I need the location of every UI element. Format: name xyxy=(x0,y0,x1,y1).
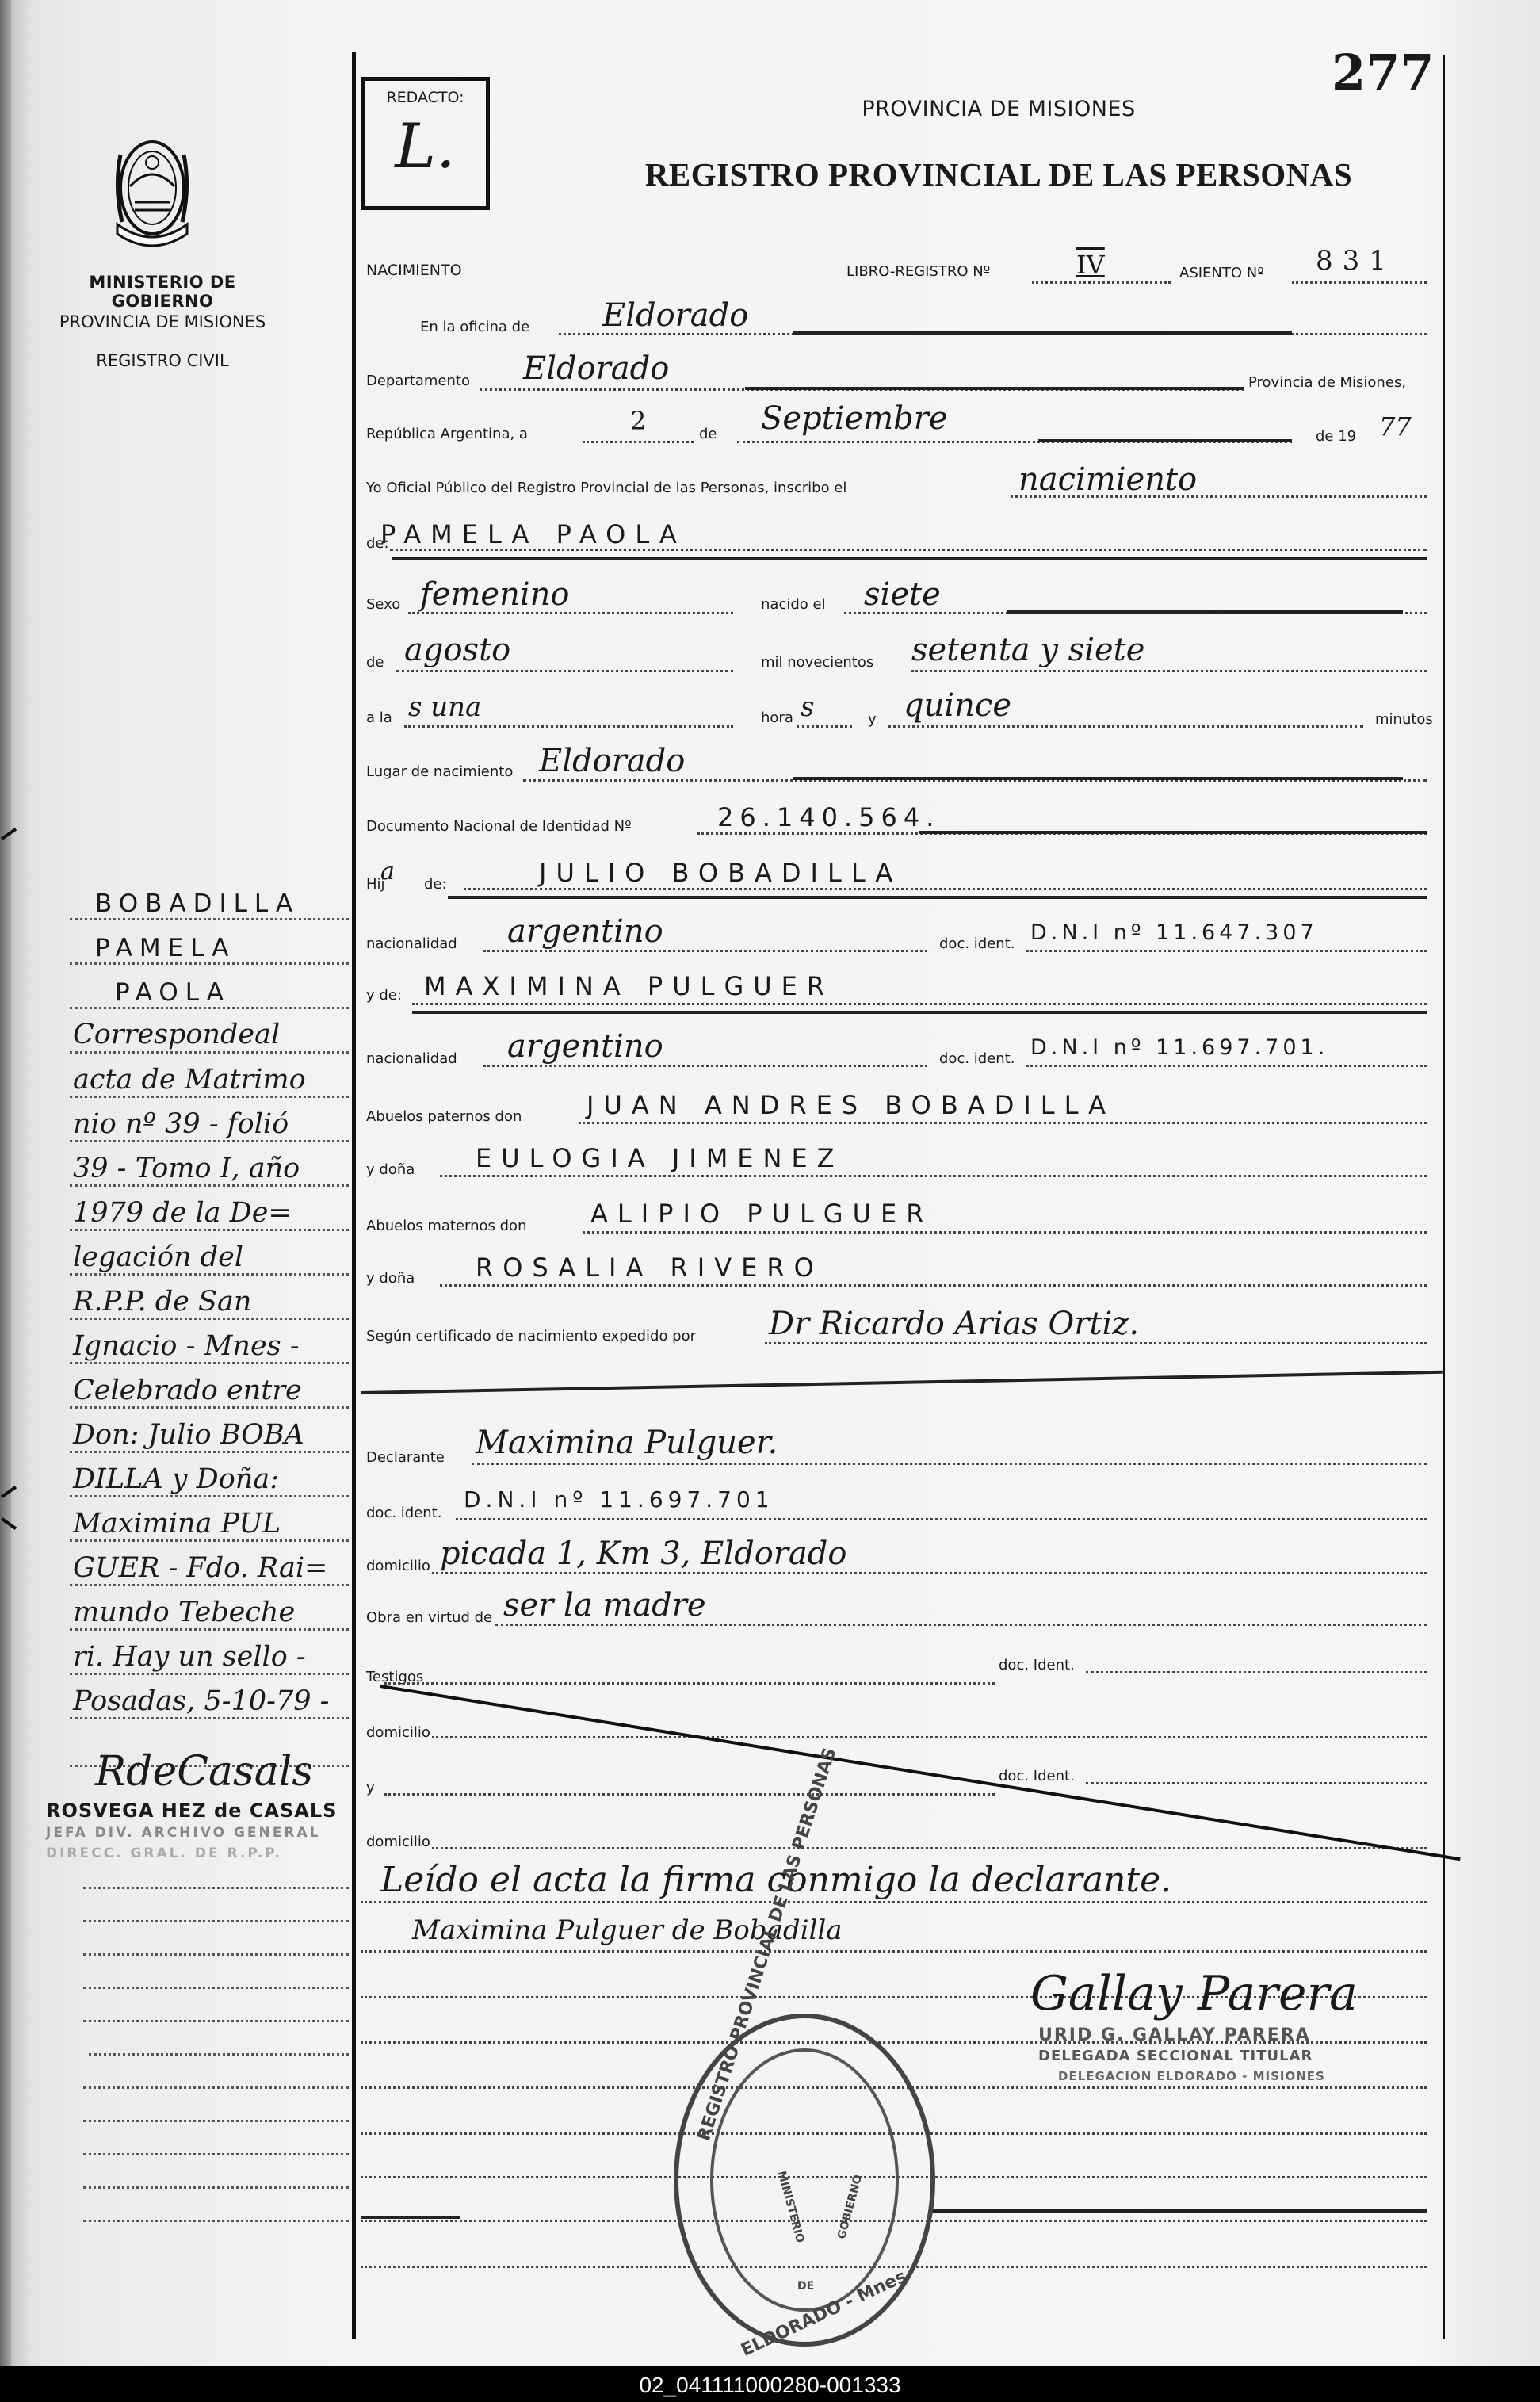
padre-doc-value: D.N.I nº 11.647.307 xyxy=(1030,922,1318,943)
hora-line xyxy=(797,725,852,728)
asiento-line xyxy=(1292,281,1427,284)
nombre-fill-line xyxy=(392,557,1427,560)
abuelo-paterno-label: Abuelos paternos don xyxy=(366,1108,522,1125)
padre-fill-line xyxy=(448,896,1427,899)
margin-surname: BOBADILLA xyxy=(95,889,300,918)
declarante-domicilio-label: domicilio xyxy=(366,1558,430,1574)
departamento-fill-line xyxy=(745,387,1244,390)
testigo-y-line xyxy=(384,1793,995,1796)
margin-blank-line xyxy=(83,1887,349,1889)
redacto-box: REDACTO: L. xyxy=(361,77,490,210)
abuelo-materno-value: ALIPIO PULGUER xyxy=(590,1201,933,1226)
nacido-value: siete xyxy=(864,579,941,610)
margin-line xyxy=(70,1051,349,1054)
hora-label: hora xyxy=(761,710,793,726)
margin-blank-line xyxy=(83,2020,349,2022)
margin-given-1: PAMELA xyxy=(95,934,235,962)
margin-line xyxy=(70,1007,349,1009)
obra-line xyxy=(495,1624,1427,1626)
margin-line xyxy=(70,1673,349,1675)
madre-nacionalidad-value: argentino xyxy=(507,1031,663,1062)
margin-blank-line xyxy=(83,2120,349,2122)
oficina-value: Eldorado xyxy=(602,300,748,331)
abuela-paterna-label: y doña xyxy=(366,1161,415,1178)
ministry-name: MINISTERIO DE GOBIERNO xyxy=(48,273,277,311)
padre-nacionalidad-value: argentino xyxy=(507,916,663,947)
hora-a-value: s una xyxy=(408,694,481,721)
margin-note-line: legación del xyxy=(73,1241,243,1273)
madre-fill-line xyxy=(412,1011,1427,1014)
asiento-value: 831 xyxy=(1316,247,1396,274)
provincial-crest-icon xyxy=(111,131,193,254)
padre-label: de: xyxy=(424,876,447,893)
margin-line xyxy=(70,1628,349,1631)
departamento-label: Departamento xyxy=(366,373,470,389)
certificado-line xyxy=(765,1342,1427,1344)
abuelo-paterno-value: JUAN ANDRES BOBADILLA xyxy=(587,1092,1115,1118)
margin-blank-line xyxy=(83,2153,349,2155)
margin-line xyxy=(70,962,349,965)
asiento-label: ASIENTO Nº xyxy=(1179,265,1264,281)
margin-given-2: PAOLA xyxy=(115,978,231,1007)
officer-role: DELEGADA SECCIONAL TITULAR xyxy=(1038,2048,1313,2064)
fecha-de-label: de xyxy=(699,426,717,442)
minutos-label: minutos xyxy=(1375,711,1433,728)
sexo-label: Sexo xyxy=(366,596,400,613)
redacto-initial: L. xyxy=(365,116,486,178)
mes-value: agosto xyxy=(404,634,510,666)
madre-nacionalidad-label: nacionalidad xyxy=(366,1050,457,1067)
lugar-value: Eldorado xyxy=(539,745,685,777)
margin-line xyxy=(70,1584,349,1586)
fecha-month-fill-line xyxy=(1038,439,1292,442)
padre-value: JULIO BOBADILLA xyxy=(539,860,902,885)
abuela-paterna-value: EULOGIA JIMENEZ xyxy=(476,1146,844,1171)
declarante-doc-label: doc. ident. xyxy=(366,1505,441,1521)
official-seal-inner xyxy=(710,2048,899,2312)
abuelo-materno-label: Abuelos maternos don xyxy=(366,1218,526,1234)
testigo-domicilio-label-1: domicilio xyxy=(366,1724,430,1741)
lugar-label: Lugar de nacimiento xyxy=(366,763,513,780)
testigos-strike-line xyxy=(380,1685,1460,1861)
officer-signature: Gallay Parera xyxy=(1030,1966,1358,2021)
binding-edge xyxy=(0,0,11,2366)
declarante-line xyxy=(472,1463,1427,1465)
inscribo-label: Yo Oficial Público del Registro Provinci… xyxy=(366,480,846,496)
padre-doc-line xyxy=(1026,950,1427,952)
closing-line xyxy=(361,1901,1427,1903)
mes-line xyxy=(396,670,733,672)
nacido-fill-line xyxy=(1007,610,1403,614)
abuela-materna-value: ROSALIA RIVERO xyxy=(476,1255,823,1280)
anio-label: mil novecientos xyxy=(761,654,873,671)
act-type-label: NACIMIENTO xyxy=(366,262,462,279)
officer-name: URID G. GALLAY PARERA xyxy=(1038,2025,1311,2045)
padre-nacionalidad-line xyxy=(483,950,927,952)
margin-note-line: Correspondeal xyxy=(73,1019,280,1050)
margin-blank-line xyxy=(89,2053,349,2056)
scan-footer-bar: 02_041111000280-001333 xyxy=(0,2366,1540,2402)
hora-a-label: a la xyxy=(366,710,392,726)
closing-bar-left xyxy=(361,2216,460,2219)
margin-note-line: Celebrado entre xyxy=(73,1375,302,1406)
fecha-year-label: de 19 xyxy=(1316,428,1356,445)
declarante-doc-line xyxy=(456,1518,1427,1520)
testigos-line xyxy=(384,1682,995,1685)
margin-note-line: R.P.P. de San xyxy=(73,1286,251,1318)
testigo-domicilio-label-2: domicilio xyxy=(366,1834,430,1850)
section-divider xyxy=(361,1371,1443,1394)
margin-line xyxy=(70,1717,349,1719)
province-title: PROVINCIA DE MISIONES xyxy=(793,97,1205,121)
margin-note-line: Ignacio - Mnes - xyxy=(73,1330,300,1362)
margin-line xyxy=(70,1184,349,1187)
abuelo-materno-line xyxy=(583,1231,1427,1234)
padre-gender: a xyxy=(380,860,395,884)
folio-number: 277 xyxy=(1332,44,1434,101)
abuelo-paterno-line xyxy=(579,1122,1427,1124)
margin-blank-line xyxy=(83,2086,349,2089)
province-name-left: PROVINCIA DE MISIONES xyxy=(48,312,277,331)
certificado-label: Según certificado de nacimiento expedido… xyxy=(366,1328,696,1344)
margin-note-line: mundo Tebeche xyxy=(73,1597,295,1628)
madre-label: y de: xyxy=(366,987,402,1004)
libro-registro-label: LIBRO-REGISTRO Nº xyxy=(846,263,990,280)
anio-line xyxy=(911,670,1427,672)
declarante-label: Declarante xyxy=(366,1449,445,1466)
testigo-y-doc-line xyxy=(1086,1782,1427,1784)
minutos-value: quince xyxy=(904,690,1011,721)
madre-doc-line xyxy=(1026,1065,1427,1067)
madre-doc-label: doc. ident. xyxy=(939,1050,1015,1067)
padre-line xyxy=(464,888,1427,890)
margin-line xyxy=(70,1273,349,1276)
testigo-y-label: y xyxy=(366,1780,375,1796)
margin-blank-line xyxy=(83,2186,349,2189)
oficina-fill-line xyxy=(793,331,1292,335)
margin-line xyxy=(70,1451,349,1453)
provincia-suffix: Provincia de Misiones, xyxy=(1248,374,1406,391)
libro-registro-line xyxy=(1032,281,1171,284)
madre-nacionalidad-line xyxy=(483,1065,927,1067)
mes-label: de xyxy=(366,654,384,671)
margin-line xyxy=(70,1140,349,1142)
padre-doc-label: doc. ident. xyxy=(939,935,1015,952)
margin-line xyxy=(70,1362,349,1364)
inscribo-value: nacimiento xyxy=(1018,464,1197,495)
libro-registro-value: IV xyxy=(1076,252,1105,277)
sexo-value: femenino xyxy=(420,579,569,610)
margin-line xyxy=(70,1495,349,1497)
madre-doc-value: D.N.I nº 11.697.701. xyxy=(1030,1037,1328,1058)
margin-note-line: 39 - Tomo I, año xyxy=(73,1153,300,1184)
anio-value: setenta y siete xyxy=(911,634,1144,666)
margin-line xyxy=(70,1318,349,1320)
testigo-domicilio-line-2 xyxy=(432,1847,1427,1849)
dni-fill-line xyxy=(919,831,1427,834)
document-page: MINISTERIO DE GOBIERNO PROVINCIA DE MISI… xyxy=(0,0,1540,2366)
hora-y-label: y xyxy=(868,711,877,728)
margin-line xyxy=(70,1096,349,1098)
margin-blank-line xyxy=(83,2220,349,2222)
margin-line xyxy=(70,918,349,920)
departamento-value: Eldorado xyxy=(523,353,669,384)
dni-label: Documento Nacional de Identidad Nº xyxy=(366,818,632,835)
abuela-materna-line xyxy=(440,1284,1427,1287)
declarante-domicilio-value: picada 1, Km 3, Eldorado xyxy=(440,1538,846,1570)
margin-note-line: Posadas, 5-10-79 - xyxy=(73,1685,329,1717)
margin-stamp-role: JEFA DIV. ARCHIVO GENERAL xyxy=(46,1825,320,1841)
closing-bar-right xyxy=(931,2209,1427,2213)
official-seal: REGISTRO PROVINCIAL DE LAS PERSONAS ELDO… xyxy=(674,2014,935,2347)
lugar-fill-line xyxy=(793,777,1403,780)
testigo-y-doc-label: doc. Ident. xyxy=(999,1768,1075,1784)
madre-line xyxy=(412,1003,1427,1005)
abuela-materna-label: y doña xyxy=(366,1270,415,1287)
madre-value: MAXIMINA PULGUER xyxy=(424,973,834,999)
margin-note-line: Maximina PUL xyxy=(73,1508,281,1539)
obra-label: Obra en virtud de xyxy=(366,1609,492,1626)
seal-inner-bottom: DE xyxy=(797,2280,814,2293)
margin-note-line: GUER - Fdo. Rai= xyxy=(73,1552,327,1584)
nombre-value: PAMELA PAOLA xyxy=(380,522,686,547)
testigos-doc-line xyxy=(1086,1671,1427,1673)
obra-value: ser la madre xyxy=(503,1589,706,1621)
nacido-label: nacido el xyxy=(761,596,826,613)
declarante-value: Maximina Pulguer. xyxy=(476,1427,778,1459)
margin-line xyxy=(70,1406,349,1409)
fecha-day-line xyxy=(583,441,694,443)
padre-nacionalidad-label: nacionalidad xyxy=(366,935,457,952)
margin-stamp-name: ROSVEGA HEZ de CASALS xyxy=(46,1800,337,1822)
minutos-line xyxy=(888,725,1363,728)
margin-line xyxy=(70,1229,349,1231)
margin-stamp-direction: DIRECC. GRAL. DE R.P.P. xyxy=(46,1845,282,1861)
margin-note-line: nio nº 39 - folió xyxy=(73,1108,289,1140)
abuela-paterna-line xyxy=(440,1175,1427,1177)
oficina-label: En la oficina de xyxy=(420,319,529,335)
civil-registry-label: REGISTRO CIVIL xyxy=(48,351,277,370)
signature-line-1 xyxy=(361,1950,1427,1953)
dni-value: 26.140.564. xyxy=(717,805,940,830)
margin-blank-line xyxy=(83,1920,349,1922)
fecha-day-value: 2 xyxy=(630,408,646,434)
column-divider-left xyxy=(352,52,356,2339)
margin-note-line: ri. Hay un sello - xyxy=(73,1641,306,1673)
hora-value: s xyxy=(801,694,814,721)
fecha-month-value: Septiembre xyxy=(761,403,948,434)
declarante-doc-value: D.N.I nº 11.697.701 xyxy=(464,1489,774,1511)
margin-signature: RdeCasals xyxy=(95,1748,313,1796)
margin-note-line: acta de Matrimo xyxy=(73,1064,306,1096)
margin-blank-line xyxy=(83,1987,349,1989)
registry-title: REGISTRO PROVINCIAL DE LAS PERSONAS xyxy=(587,155,1411,193)
margin-note-line: Don: Julio BOBA xyxy=(73,1419,304,1451)
officer-office: DELEGACION ELDORADO - MISIONES xyxy=(1058,2069,1325,2083)
margin-note-line: DILLA y Doña: xyxy=(73,1463,279,1495)
redacto-label: REDACTO: xyxy=(365,89,486,106)
fecha-label: República Argentina, a xyxy=(366,426,528,442)
testigo-domicilio-line-1 xyxy=(432,1736,1427,1738)
scan-id: 02_041111000280-001333 xyxy=(0,2373,1540,2398)
margin-line xyxy=(70,1539,349,1542)
margin-note-line: 1979 de la De= xyxy=(73,1197,292,1229)
hora-a-line xyxy=(404,725,733,728)
declarante-domicilio-line xyxy=(432,1572,1427,1574)
certificado-value: Dr Ricardo Arias Ortiz. xyxy=(769,1308,1139,1340)
testigos-doc-label: doc. Ident. xyxy=(999,1657,1075,1673)
column-divider-right xyxy=(1443,55,1445,2339)
fecha-year-value: 77 xyxy=(1379,414,1412,439)
margin-blank-line xyxy=(83,1953,349,1956)
